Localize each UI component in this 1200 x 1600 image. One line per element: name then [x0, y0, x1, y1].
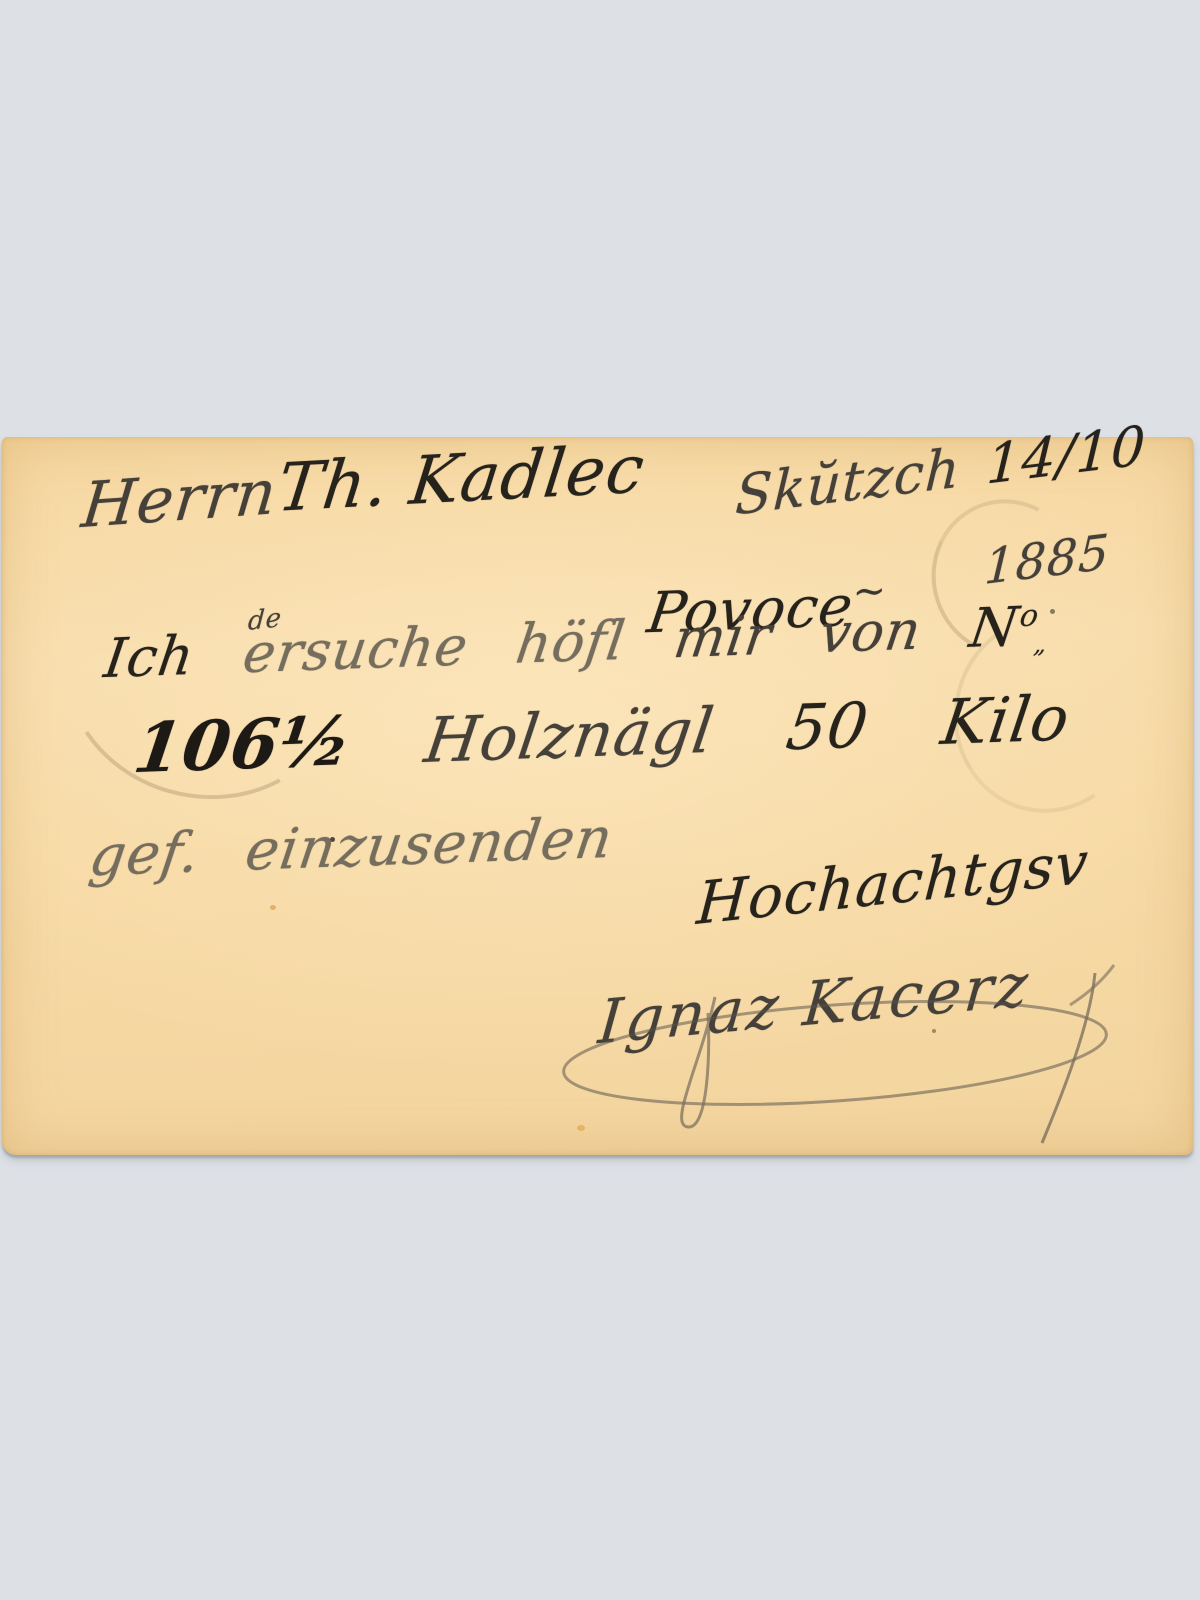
signature-text: Ignaz Kacerz	[596, 950, 1034, 1057]
item-name: Holznägl	[420, 694, 718, 777]
addressee-text: Th. Kadlec	[276, 430, 646, 526]
place-written: Skŭtzch	[734, 436, 962, 528]
order-number: 106½	[129, 701, 357, 789]
number-base: N	[966, 595, 1023, 660]
scan-background: Herrn Th. Kadlec Skŭtzch 14/10 1885 Povo…	[0, 0, 1200, 1600]
stain-speck	[270, 905, 276, 910]
closing-word: einzusenden	[241, 806, 617, 884]
addressee-name: Th. Kadlec	[273, 430, 649, 527]
quantity-line: 106½ Holznägl 50 Kilo	[133, 676, 1070, 789]
request-word: ersuche	[239, 614, 472, 685]
postcard: Herrn Th. Kadlec Skŭtzch 14/10 1885 Povo…	[2, 437, 1193, 1155]
closing-word: gef.	[86, 820, 205, 889]
number-mark: „	[1032, 630, 1048, 659]
number-superscript: o	[1018, 598, 1041, 634]
dateline-text: Skŭtzch 14/10	[732, 414, 1150, 527]
date-written: 14/10	[985, 413, 1148, 496]
weight-value: 50	[782, 688, 873, 764]
year-value: 1885	[983, 524, 1111, 596]
request-word: höfl	[512, 609, 629, 676]
salutation-word: Herrn	[78, 455, 280, 542]
request-word: mir	[670, 604, 776, 671]
number-abbreviation: No„	[966, 594, 1054, 661]
closing-salute-word: Hochachtgsv	[695, 828, 1091, 938]
salutation-text: Herrn	[80, 455, 280, 541]
weight-unit: Kilo	[937, 681, 1075, 759]
stain-speck	[577, 1125, 585, 1131]
request-word: Ich	[100, 624, 198, 690]
request-word: von	[816, 598, 926, 665]
closing-request-line: gef. einzusenden	[89, 806, 613, 889]
closing-salute: Hochachtgsv	[694, 829, 1093, 938]
signature-name: Ignaz Kacerz	[596, 950, 1034, 1059]
year-text: 1885	[981, 525, 1113, 596]
ink-speck	[932, 1029, 936, 1033]
